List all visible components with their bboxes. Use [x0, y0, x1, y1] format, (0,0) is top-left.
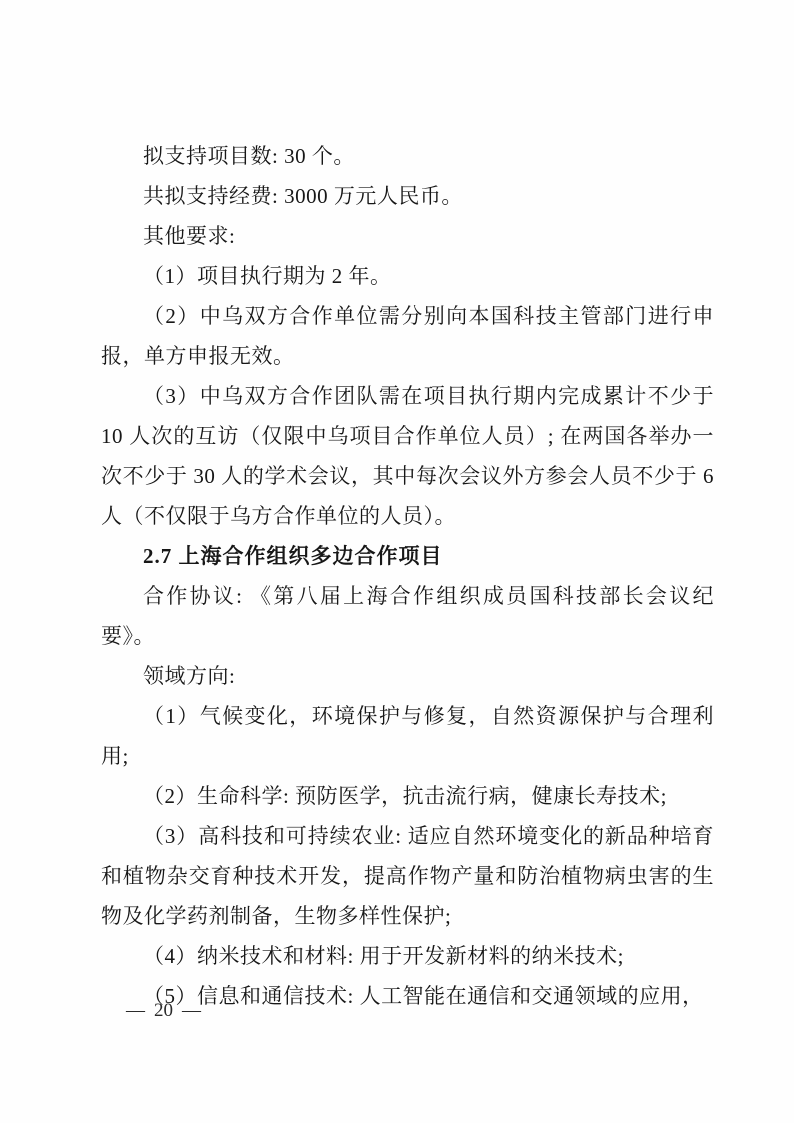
para-cooperation-agreement: 合作协议: 《第八届上海合作组织成员国科技部长会议纪要》。 — [101, 576, 714, 656]
page-footer: — 20 — — [126, 1000, 201, 1022]
para-fields-label: 领域方向: — [101, 656, 714, 696]
section-heading-2-7: 2.7 上海合作组织多边合作项目 — [101, 536, 714, 576]
para-field-2-life-science: （2）生命科学: 预防医学，抗击流行病，健康长寿技术; — [101, 776, 714, 816]
footer-right-dash: — — [182, 1000, 201, 1022]
para-field-1-climate: （1）气候变化，环境保护与修复，自然资源保护与合理利用; — [101, 696, 714, 776]
para-requirement-2: （2）中乌双方合作单位需分别向本国科技主管部门进行申报，单方申报无效。 — [101, 296, 714, 376]
para-field-4-nanotech: （4）纳米技术和材料: 用于开发新材料的纳米技术; — [101, 936, 714, 976]
document-body: 拟支持项目数: 30 个。 共拟支持经费: 3000 万元人民币。 其他要求: … — [101, 136, 714, 1016]
page-number: 20 — [154, 1000, 173, 1022]
para-requirement-1: （1）项目执行期为 2 年。 — [101, 256, 714, 296]
para-other-requirements-label: 其他要求: — [101, 216, 714, 256]
document-page: 拟支持项目数: 30 个。 共拟支持经费: 3000 万元人民币。 其他要求: … — [0, 0, 794, 1123]
para-supported-projects: 拟支持项目数: 30 个。 — [101, 136, 714, 176]
footer-left-dash: — — [126, 1000, 145, 1022]
para-total-funding: 共拟支持经费: 3000 万元人民币。 — [101, 176, 714, 216]
para-field-3-agriculture: （3）高科技和可持续农业: 适应自然环境变化的新品种培育和植物杂交育种技术开发，… — [101, 816, 714, 936]
para-requirement-3: （3）中乌双方合作团队需在项目执行期内完成累计不少于 10 人次的互访（仅限中乌… — [101, 376, 714, 536]
